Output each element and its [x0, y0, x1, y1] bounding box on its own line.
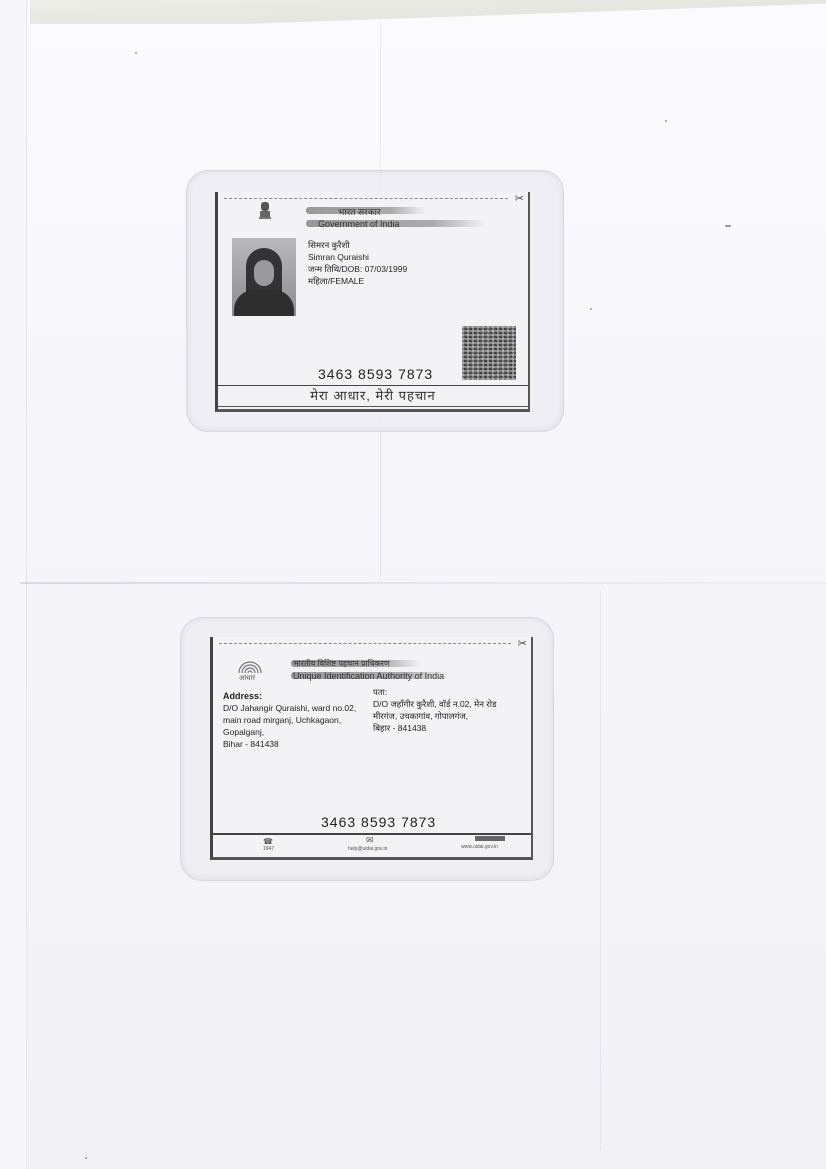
speck	[85, 1157, 87, 1159]
aadhaar-number: 3463 8593 7873	[321, 814, 436, 830]
name-english: Simran Quraishi	[308, 252, 369, 263]
address-line-3: Gopalganj,	[223, 727, 264, 738]
gender-row: महिला/FEMALE	[308, 276, 364, 287]
holder-photo	[232, 238, 296, 316]
slogan: मेरा आधार, मेरी पहचान	[218, 385, 528, 407]
qr-code-icon	[462, 326, 516, 380]
address-hindi-line-2: मीरगंज, उचकागांव, गोपालगंज,	[373, 711, 468, 722]
header-english: Unique Identification Authority of India	[293, 671, 444, 681]
header-hindi: भारत सरकार	[338, 205, 381, 218]
address-line-4: Bihar - 841438	[223, 739, 279, 750]
gender-value: FEMALE	[330, 276, 364, 286]
address-line-1: D/O Jahangir Quraishi, ward no.02,	[223, 703, 356, 714]
speck	[725, 225, 731, 227]
paper-fold	[20, 582, 826, 584]
speck	[665, 120, 667, 122]
paper-left-edge	[0, 0, 27, 1169]
aadhaar-back-card: ✂ आधार भारतीय विशिष्ट पहचान प्राधिकरण Un…	[210, 637, 533, 860]
dob-label: जन्म तिथि/DOB:	[308, 264, 362, 274]
aadhaar-number: 3463 8593 7873	[318, 366, 433, 382]
cut-line	[224, 198, 508, 199]
mail-icon: ✉	[366, 835, 374, 846]
paper-crease	[600, 590, 601, 1150]
dob-value: 07/03/1999	[365, 264, 408, 274]
address-line-2: main road mirganj, Uchkagaon,	[223, 715, 341, 726]
header-hindi: भारतीय विशिष्ट पहचान प्राधिकरण	[293, 658, 390, 669]
dob-row: जन्म तिथि/DOB: 07/03/1999	[308, 264, 407, 275]
national-emblem-icon	[258, 200, 272, 222]
gender-label: महिला/	[308, 276, 330, 286]
phone-icon: ☎	[263, 837, 273, 846]
address-hindi-line-3: बिहार - 841438	[373, 723, 426, 734]
aadhaar-front-card: ✂ भारत सरकार Government of India सिमरन क…	[215, 192, 530, 412]
scissors-icon: ✂	[515, 192, 524, 205]
name-hindi: सिमरन कुरैशी	[308, 240, 350, 251]
paper-top-edge	[30, 0, 826, 24]
header-english: Government of India	[318, 219, 400, 229]
address-label-hindi: पता:	[373, 687, 387, 698]
scissors-icon: ✂	[518, 637, 527, 650]
web-icon	[475, 836, 505, 841]
help-email: help@uidai.gov.in	[348, 846, 387, 852]
speck	[135, 52, 137, 54]
footer-band: ☎ 1947 ✉ help@uidai.gov.in www.uidai.gov…	[213, 833, 531, 853]
address-hindi-line-1: D/O जहाँगीर कुरैशी, वॉर्ड न.02, मेन रोड	[373, 699, 497, 710]
address-label-english: Address:	[223, 691, 262, 702]
cut-line	[219, 643, 511, 644]
helpline-number: 1947	[263, 846, 274, 852]
aadhaar-logo-label: आधार	[239, 673, 255, 684]
website: www.uidai.gov.in	[461, 844, 498, 850]
speck	[590, 308, 592, 310]
